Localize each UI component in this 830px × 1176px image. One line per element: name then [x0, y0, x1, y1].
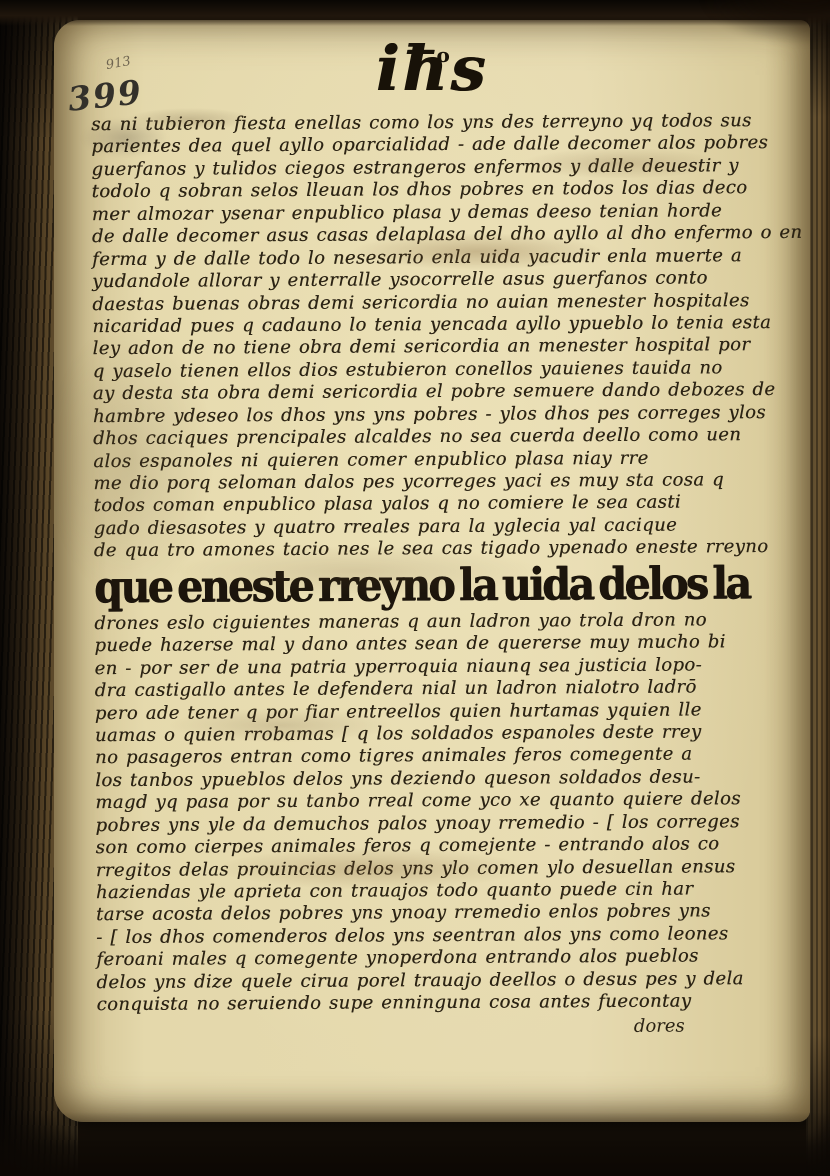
manuscript-photo: 913 399 iħso sa ni tubieron fiesta enell… [0, 0, 830, 1176]
manuscript-line: dhos caciques prencipales alcaldes no se… [93, 424, 799, 451]
body-text-upper: sa ni tubieron fiesta enellas como los y… [91, 110, 800, 563]
manuscript-line: delos yns dize quele cirua porel trauajo… [96, 968, 802, 995]
photo-bottom-shadow [0, 1112, 830, 1176]
manuscript-line: rregitos delas prouincias delos yns ylo … [96, 855, 802, 882]
ihs-monogram-text: iħs [376, 32, 489, 105]
ihs-monogram: iħso [376, 38, 489, 100]
monogram-superscript-o: o [436, 24, 449, 86]
section-heading: que eneste rreyno la uida delos la [94, 557, 800, 615]
manuscript-text: sa ni tubieron fiesta enellas como los y… [91, 110, 803, 1043]
catchword: dores [97, 1012, 803, 1042]
body-text-lower: drones eslo ciguientes maneras q aun lad… [94, 609, 802, 1017]
photo-corner-shadow [700, 0, 830, 46]
page-surface: 913 399 iħso sa ni tubieron fiesta enell… [54, 20, 810, 1122]
header-monogram-row: iħso [54, 38, 810, 100]
